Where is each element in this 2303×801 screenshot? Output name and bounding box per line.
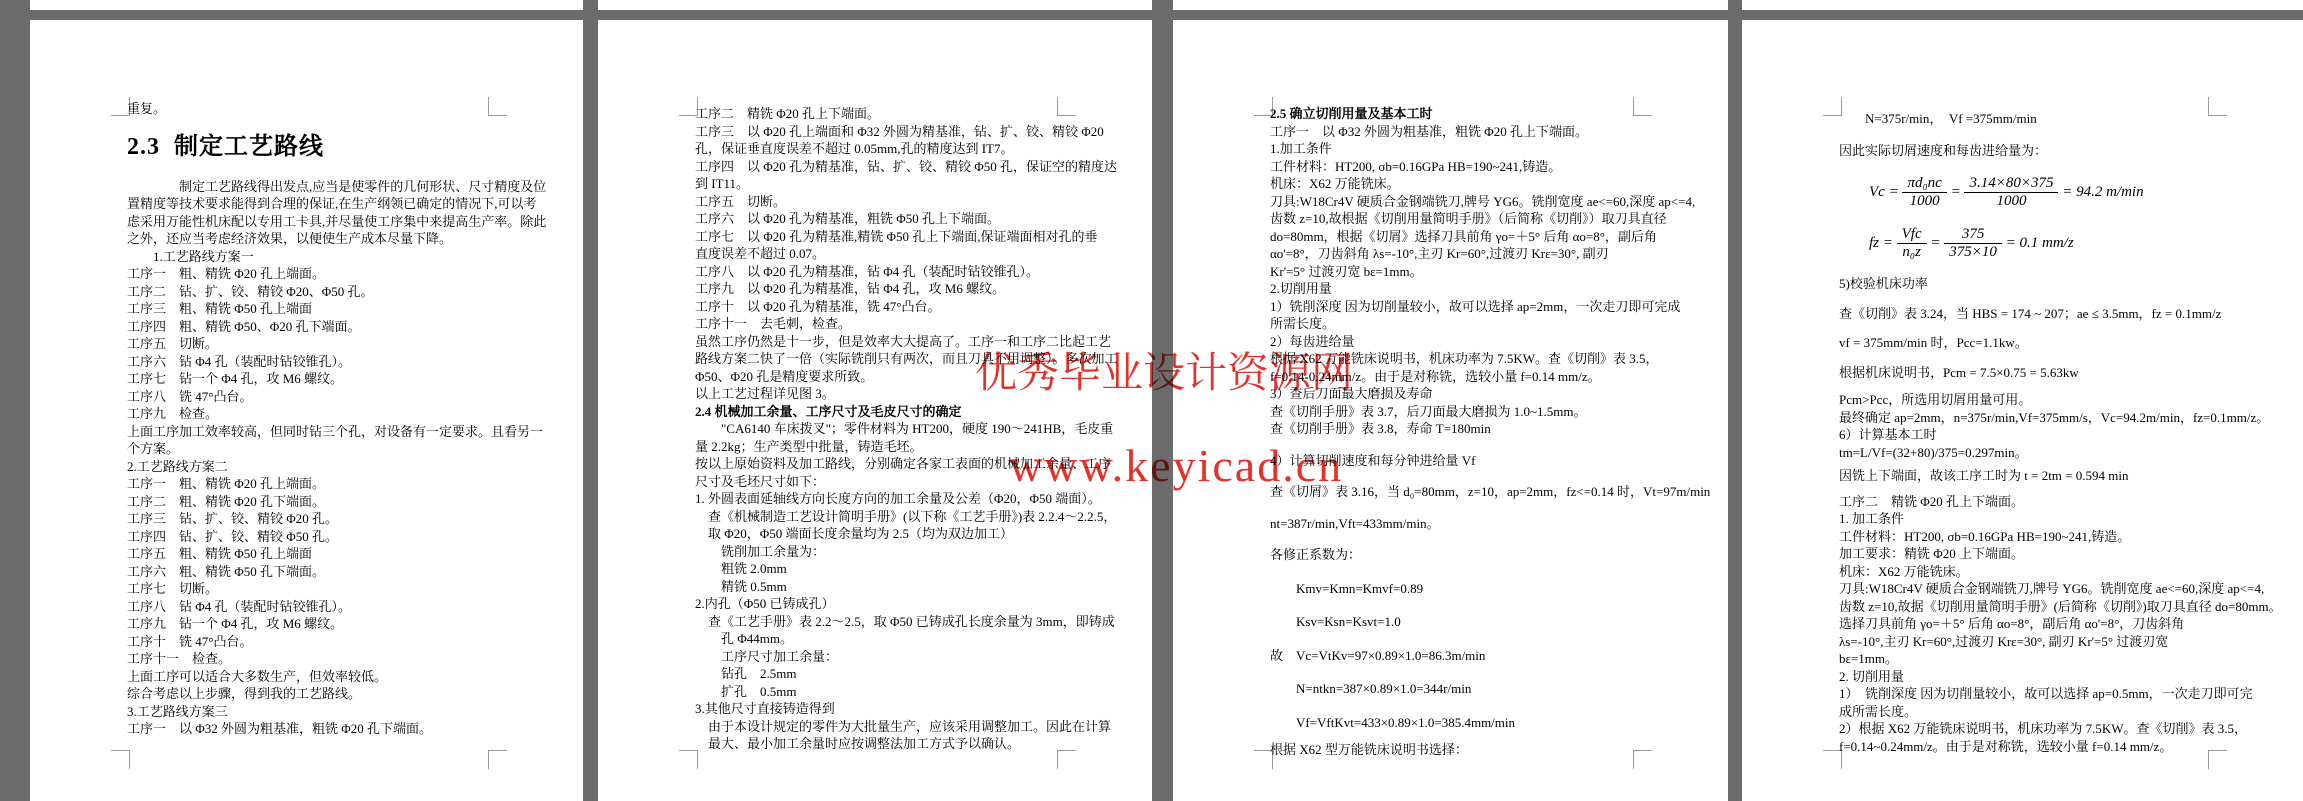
text-line: 工序五 切断。 <box>695 193 1134 211</box>
text-line: Φ50、Φ20 孔是精度要求所致。 <box>695 368 1134 386</box>
page-content: 重复。2.3 制定工艺路线 制定工艺路线得出发点,应当是使零件的几何形状、尺寸精… <box>127 20 565 738</box>
text-line: N=375r/min， Vf =375mm/min <box>1839 110 2285 128</box>
text-line: nt=387r/min,Vft=433mm/min。 <box>1270 515 1710 533</box>
text-line: 置精度等技术要求能得到合理的保证,在生产纲领已确定的情况下,可以考 <box>127 195 565 213</box>
text-line: 工序七 以 Φ20 孔为精基准,精铣 Φ50 孔上下端面,保证端面相对孔的垂 <box>695 228 1134 246</box>
page-content: 工序二 精铣 Φ20 孔上下端面。工序三 以 Φ20 孔上端面和 Φ32 外圆为… <box>695 20 1134 753</box>
text-line: Vc = πd₀nc1000 = 3.14×80×3751000 = 94.2 … <box>1839 175 2285 210</box>
text-line: 2）根据 X62 万能铣床说明书，机床功率为 7.5KW。查《切削》表 3.5， <box>1839 720 2285 738</box>
text-line: 工序一 以 Φ32 外圆为粗基准，粗铣 Φ20 孔下端面。 <box>127 720 565 738</box>
text-line: 2.内孔（Φ50 已铸成孔） <box>695 595 1134 613</box>
text-line: 工序六 粗、精铣 Φ50 孔下端面。 <box>127 563 565 581</box>
text-line: 工序七 钻一个 Φ4 孔，攻 M6 螺纹。 <box>127 370 565 388</box>
text-line: 按以上原始资料及加工路线，分别确定各家工表面的机械加工余量、工序 <box>695 455 1134 473</box>
text-line: 2.3 制定工艺路线 <box>127 130 565 164</box>
text-line: 虽然工序仍然是十一步，但是效率大大提高了。工序一和工序二比起工艺 <box>695 333 1134 351</box>
text-line: 工序七 切断。 <box>127 580 565 598</box>
text-line: 查《切屑》表 3.16，当 d₀=80mm，z=10，ap=2mm，fz<=0.… <box>1270 483 1710 501</box>
page-content: N=375r/min， Vf =375mm/min因此实际切屑速度和每齿进给量为… <box>1839 20 2285 755</box>
text-line: 根据 X62 万能铣床说明书，机床功率为 7.5KW。查《切削》表 3.5， <box>1270 350 1710 368</box>
text-line: 2.4 机械加工余量、工序尺寸及毛皮尺寸的确定 <box>695 403 1134 421</box>
text-line: Kmv=Kmn=Kmvf=0.89 <box>1270 580 1710 598</box>
text-line: λs=-10°,主刃 Kr=60°,过渡刃 Krε=30°, 副刃 Kr'=5°… <box>1839 633 2285 651</box>
text-line: 刀具:W18Cr4V 硬质合金钢端铣刀,牌号 YG6。铣削宽度 ae<=60,深… <box>1839 580 2285 598</box>
text-line: 工序五 粗、精铣 Φ50 孔上端面 <box>127 545 565 563</box>
text-line: 工序一 粗、精铣 Φ20 孔上端面。 <box>127 265 565 283</box>
text-line: 根据机床说明书，Pcm = 7.5×0.75 = 5.63kw <box>1839 364 2285 382</box>
text-line: 工序六 以 Φ20 孔为精基准，粗铣 Φ50 孔上下端面。 <box>695 210 1134 228</box>
text-line: 工序一 以 Φ32 外圆为粗基准，粗铣 Φ20 孔上下端面。 <box>1270 123 1710 141</box>
text-line: f=0.14~0.24mm/z。由于是对称铣，选较小量 f=0.14 mm/z。 <box>1839 738 2285 756</box>
text-line: 2.切削用量 <box>1270 280 1710 298</box>
text-line: 工序三 以 Φ20 孔上端面和 Φ32 外圆为精基准，钻、扩、铰、精铰 Φ20 <box>695 123 1134 141</box>
text-line: 工序十 以 Φ20 孔为精基准，铣 47°凸台。 <box>695 298 1134 316</box>
text-line: 上面工序可以适合大多数生产，但效率较低。 <box>127 668 565 686</box>
text-line: 最大、最小加工余量时应按调整法加工方式予以确认。 <box>695 735 1134 753</box>
text-line: 工序十一 去毛刺，检查。 <box>695 315 1134 333</box>
text-line: 工序三 钻、扩、铰、精铰 Φ20 孔。 <box>127 510 565 528</box>
text-line: 1. 加工条件 <box>1839 510 2285 528</box>
text-line: 2. 切削用量 <box>1839 668 2285 686</box>
text-line: "CA6140 车床拨叉"；零件材料为 HT200，硬度 190～241HB，毛… <box>695 420 1134 438</box>
text-line: 工件材料：HT200, σb=0.16GPa HB=190~241,铸造。 <box>1839 528 2285 546</box>
text-line: 故 Vc=VtKv=97×0.89×1.0=86.3m/min <box>1270 647 1710 665</box>
text-line: 6）计算基本工时 <box>1839 426 2285 444</box>
text-line: 制定工艺路线得出发点,应当是使零件的几何形状、尺寸精度及位 <box>127 178 565 196</box>
text-line: 工序八 铣 47°凸台。 <box>127 388 565 406</box>
text-line: 刀具:W18Cr4V 硬质合金钢端铣刀,牌号 YG6。铣削宽度 ae<=60,深… <box>1270 193 1710 211</box>
text-line: 2.5 确立切削用量及基本工时 <box>1270 105 1710 123</box>
text-line: Kr'=5° 过渡刃宽 bε=1mm。 <box>1270 263 1710 281</box>
text-line: 工序九 检查。 <box>127 405 565 423</box>
text-line: 各修正系数为： <box>1270 546 1710 564</box>
text-line: 2.工艺路线方案二 <box>127 458 565 476</box>
text-line: 钻孔 2.5mm <box>695 665 1134 683</box>
text-line: 3.其他尺寸直接铸造得到 <box>695 700 1134 718</box>
text-line: 工序九 钻一个 Φ4 孔，攻 M6 螺纹。 <box>127 615 565 633</box>
text-line: 重复。 <box>127 100 565 118</box>
margin-mark <box>1057 750 1076 769</box>
text-line: 上面工序加工效率较高，但同时钻三个孔，对设备有一定要求。且看另一 <box>127 423 565 441</box>
page: 2.5 确立切削用量及基本工时工序一 以 Φ32 外圆为粗基准，粗铣 Φ20 孔… <box>1173 20 1728 801</box>
text-line: 查《工艺手册》表 2.2～2.5，取 Φ50 已铸成孔长度余量为 3mm，即铸成 <box>695 613 1134 631</box>
page: 工序二 精铣 Φ20 孔上下端面。工序三 以 Φ20 孔上端面和 Φ32 外圆为… <box>598 20 1152 801</box>
text-line: 以上工艺过程详见图 3。 <box>695 385 1134 403</box>
margin-mark <box>679 750 698 769</box>
previous-page-sliver <box>598 0 1152 10</box>
text-line: 查《机械制造工艺设计简明手册》(以下称《工艺手册》)表 2.2.4～2.2.5， <box>695 508 1134 526</box>
text-line: N=ntkn=387×0.89×1.0=344r/min <box>1270 680 1710 698</box>
text-line: 查《切削手册》表 3.8，寿命 T=180min <box>1270 420 1710 438</box>
text-line: 3.工艺路线方案三 <box>127 703 565 721</box>
text-line: 3）查后刀面最大磨损及寿命 <box>1270 385 1710 403</box>
text-line: 查《切削》表 3.24，当 HBS = 174 ~ 207；ae ≤ 3.5mm… <box>1839 305 2285 323</box>
text-line: fz = Vfcn₀z = 375375×10 = 0.1 mm/z <box>1839 226 2285 261</box>
text-line: 工序五 切断。 <box>127 335 565 353</box>
text-line: 5)校验机床功率 <box>1839 275 2285 293</box>
previous-page-sliver <box>30 0 583 10</box>
text-line: 之外，还应当考虑经济效果，以便使生产成本尽量下降。 <box>127 230 565 248</box>
text-line: 1.工艺路线方案一 <box>127 248 565 266</box>
text-line: 工序十 铣 47°凸台。 <box>127 633 565 651</box>
text-line: do=80mm，根据《切屑》选择刀具前角 γo=＋5° 后角 αo=8°，副后角 <box>1270 228 1710 246</box>
text-line: 工序二 精铣 Φ20 孔上下端面。 <box>1839 493 2285 511</box>
text-line: 工序四 粗、精铣 Φ50、Φ20 孔下端面。 <box>127 318 565 336</box>
text-line: 粗铣 2.0mm <box>695 560 1134 578</box>
text-line: 扩孔 0.5mm <box>695 683 1134 701</box>
text-line: 1.加工条件 <box>1270 140 1710 158</box>
text-line: Pcm>Pcc，所选用切屑用量可用。 <box>1839 391 2285 409</box>
text-line: vf = 375mm/min 时，Pcc=1.1kw。 <box>1839 334 2285 352</box>
text-line: 路线方案二快了一倍（实际铣削只有两次，而且刀具不用调整）。多次加工 <box>695 350 1134 368</box>
margin-mark <box>488 750 507 769</box>
text-line: 到 IT11。 <box>695 175 1134 193</box>
text-line: 尺寸及毛坯尺寸如下： <box>695 473 1134 491</box>
page: N=375r/min， Vf =375mm/min因此实际切屑速度和每齿进给量为… <box>1742 20 2303 801</box>
text-line: 由于本设计规定的零件为大批量生产，应该采用调整加工。因此在计算 <box>695 718 1134 736</box>
text-line: 齿数 z=10,故根据《切削用量简明手册》（后简称《切削》）取刀具直径 <box>1270 210 1710 228</box>
text-line: Ksv=Ksn=Ksvt=1.0 <box>1270 613 1710 631</box>
text-line: 最终确定 ap=2mm，n=375r/min,Vf=375mm/s，Vc=94.… <box>1839 409 2285 427</box>
text-line: 孔，保证垂直度误差不超过 0.05mm,孔的精度达到 IT7。 <box>695 140 1134 158</box>
text-line: 成所需长度。 <box>1839 703 2285 721</box>
text-line: 直度误差不超过 0.07。 <box>695 245 1134 263</box>
text-line: 查《切削手册》表 3.7，后刀面最大磨损为 1.0~1.5mm。 <box>1270 403 1710 421</box>
text-line: 工序四 钻、扩、铰、精铰 Φ50 孔。 <box>127 528 565 546</box>
text-line: 综合考虑以上步骤，得到我的工艺路线。 <box>127 685 565 703</box>
text-line: bε=1mm。 <box>1839 650 2285 668</box>
text-line: f=0.14-0.24mm/z。由于是对称铣，选较小量 f=0.14 mm/z。 <box>1270 368 1710 386</box>
text-line: 根据 X62 型万能铣床说明书选择： <box>1270 741 1710 759</box>
text-line: 工序四 以 Φ20 孔为精基准，钻、扩、铰、精铰 Φ50 孔，保证空的精度达 <box>695 158 1134 176</box>
text-line: 齿数 z=10,故据《切削用量简明手册》(后简称《切削》)取刀具直径 do=80… <box>1839 598 2285 616</box>
text-line: 工序十一 检查。 <box>127 650 565 668</box>
text-line: 机床：X62 万能铣床。 <box>1839 563 2285 581</box>
text-line: 1）铣削深度 因为切削量较小，故可以选择 ap=2mm，一次走刀即可完成 <box>1270 298 1710 316</box>
text-line: 机床：X62 万能铣床。 <box>1270 175 1710 193</box>
text-line: 精铣 0.5mm <box>695 578 1134 596</box>
text-line: 工序八 以 Φ20 孔为精基准，钻 Φ4 孔（装配时钻铰锥孔）。 <box>695 263 1134 281</box>
margin-mark <box>111 750 130 769</box>
text-line: 4）计算切削速度和每分钟进给量 Vf <box>1270 452 1710 470</box>
text-line: 孔 Φ44mm。 <box>695 630 1134 648</box>
text-line: 工序三 粗、精铣 Φ50 孔上端面 <box>127 300 565 318</box>
text-line: 工序六 钻 Φ4 孔（装配时钻铰锥孔）。 <box>127 353 565 371</box>
text-line: 因铣上下端面，故该工序工时为 t = 2tm = 0.594 min <box>1839 467 2285 485</box>
page: 重复。2.3 制定工艺路线 制定工艺路线得出发点,应当是使零件的几何形状、尺寸精… <box>30 20 583 801</box>
previous-page-sliver <box>1742 0 2303 10</box>
text-line: 加工要求：精铣 Φ20 上下端面。 <box>1839 545 2285 563</box>
text-line: 个方案。 <box>127 440 565 458</box>
previous-page-sliver <box>1173 0 1728 10</box>
text-line: 工件材料：HT200, σb=0.16GPa HB=190~241,铸造。 <box>1270 158 1710 176</box>
text-line: 1） 铣削深度 因为切削量较小，故可以选择 ap=0.5mm，一次走刀即可完 <box>1839 685 2285 703</box>
text-line: Vf=VftKvt=433×0.89×1.0=385.4mm/min <box>1270 714 1710 732</box>
text-line: αo'=8°，刀齿斜角 λs=-10°,主刃 Kr=60°,过渡刃 Krε=30… <box>1270 245 1710 263</box>
document-viewer: 重复。2.3 制定工艺路线 制定工艺路线得出发点,应当是使零件的几何形状、尺寸精… <box>0 0 2303 801</box>
text-line: 工序八 钻 Φ4 孔（装配时钻铰锥孔）。 <box>127 598 565 616</box>
text-line: 工序九 以 Φ20 孔为精基准，钻 Φ4 孔，攻 M6 螺纹。 <box>695 280 1134 298</box>
text-line: 2）每齿进给量 <box>1270 333 1710 351</box>
text-line: 1. 外圆表面延轴线方向长度方向的加工余量及公差（Φ20，Φ50 端面）。 <box>695 490 1134 508</box>
text-line: 虑采用万能性机床配以专用工卡具,并尽量使工序集中来提高生产率。除此 <box>127 213 565 231</box>
text-line: 选择刀具前角 γo=＋5° 后角 αo=8°，副后角 αo'=8°，刀齿斜角 <box>1839 615 2285 633</box>
text-line: 取 Φ20，Φ50 端面长度余量均为 2.5（均为双边加工） <box>695 525 1134 543</box>
text-line: 量 2.2kg；生产类型中批量，铸造毛坯。 <box>695 438 1134 456</box>
text-line: 铣削加工余量为： <box>695 543 1134 561</box>
page-content: 2.5 确立切削用量及基本工时工序一 以 Φ32 外圆为粗基准，粗铣 Φ20 孔… <box>1270 20 1710 759</box>
text-line: 因此实际切屑速度和每齿进给量为： <box>1839 142 2285 160</box>
text-line: 工序一 粗、精铣 Φ20 孔上端面。 <box>127 475 565 493</box>
text-line: 工序尺寸加工余量： <box>695 648 1134 666</box>
text-line: 工序二 钻、扩、铰、精铰 Φ20、Φ50 孔。 <box>127 283 565 301</box>
text-line: tm=L/Vf=(32+80)/375=0.297min。 <box>1839 444 2285 462</box>
text-line: 工序二 粗、精铣 Φ20 孔下端面。 <box>127 493 565 511</box>
text-line: 工序二 精铣 Φ20 孔上下端面。 <box>695 105 1134 123</box>
text-line: 所需长度。 <box>1270 315 1710 333</box>
